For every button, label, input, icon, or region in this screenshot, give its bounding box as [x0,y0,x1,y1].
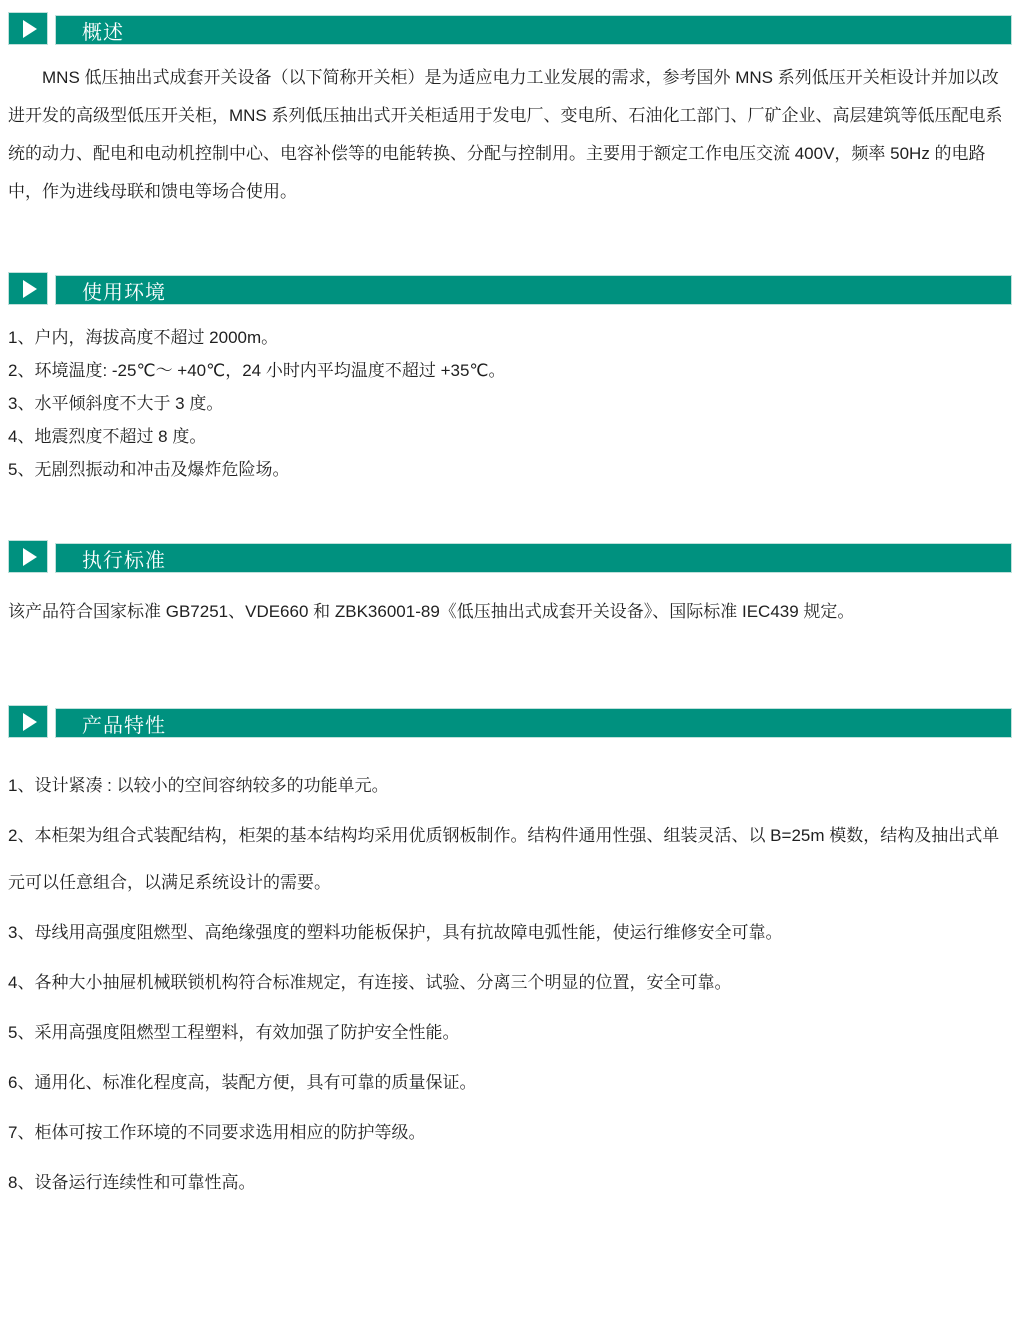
section-features: 产品特性 1、设计紧凑 : 以较小的空间容纳较多的功能单元。2、本柜架为组合式装… [8,705,1012,1206]
section-title: 产品特性 [55,708,1012,738]
list-item: 2、本柜架为组合式装配结构，柜架的基本结构均采用优质钢板制作。结构件通用性强、组… [8,812,1012,906]
section-body: 1、设计紧凑 : 以较小的空间容纳较多的功能单元。2、本柜架为组合式装配结构，柜… [8,762,1012,1206]
list-item: 2、环境温度: -25℃～ +40℃，24 小时内平均温度不超过 +35℃。 [8,354,1012,387]
list-item: 5、无剧烈振动和冲击及爆炸危险场。 [8,453,1012,486]
play-arrow-icon [8,705,48,738]
section-header: 概述 [8,12,1012,45]
section-title: 概述 [55,15,1012,45]
list-item: 1、设计紧凑 : 以较小的空间容纳较多的功能单元。 [8,762,1012,809]
play-arrow-icon [8,272,48,305]
list-item: 4、各种大小抽屉机械联锁机构符合标准规定，有连接、试验、分离三个明显的位置，安全… [8,959,1012,1006]
triangle-glyph [23,20,37,38]
triangle-glyph [23,280,37,298]
section-body: 1、户内，海拔高度不超过 2000m。2、环境温度: -25℃～ +40℃，24… [8,321,1012,486]
paragraph: 该产品符合国家标准 GB7251、VDE660 和 ZBK36001-89《低压… [8,595,1012,628]
section-title: 使用环境 [55,275,1012,305]
section-body: 该产品符合国家标准 GB7251、VDE660 和 ZBK36001-89《低压… [8,595,1012,628]
list-item: 3、水平倾斜度不大于 3 度。 [8,387,1012,420]
section-header: 使用环境 [8,272,1012,305]
list-item: 4、地震烈度不超过 8 度。 [8,420,1012,453]
list-item: 3、母线用高强度阻燃型、高绝缘强度的塑料功能板保护，具有抗故障电弧性能，使运行维… [8,909,1012,956]
play-arrow-icon [8,12,48,45]
list-item: 8、设备运行连续性和可靠性高。 [8,1159,1012,1206]
list-item: 6、通用化、标准化程度高，装配方便，具有可靠的质量保证。 [8,1059,1012,1106]
list-item: 7、柜体可按工作环境的不同要求选用相应的防护等级。 [8,1109,1012,1156]
section-title: 执行标准 [55,543,1012,573]
list-item: 1、户内，海拔高度不超过 2000m。 [8,321,1012,354]
play-arrow-icon [8,540,48,573]
paragraph: MNS 低压抽出式成套开关设备（以下简称开关柜）是为适应电力工业发展的需求，参考… [8,59,1012,211]
section-environment: 使用环境 1、户内，海拔高度不超过 2000m。2、环境温度: -25℃～ +4… [8,272,1012,486]
section-standards: 执行标准 该产品符合国家标准 GB7251、VDE660 和 ZBK36001-… [8,540,1012,628]
section-body: MNS 低压抽出式成套开关设备（以下简称开关柜）是为适应电力工业发展的需求，参考… [8,59,1012,211]
section-header: 执行标准 [8,540,1012,573]
triangle-glyph [23,713,37,731]
list-item: 5、采用高强度阻燃型工程塑料，有效加强了防护安全性能。 [8,1009,1012,1056]
section-overview: 概述 MNS 低压抽出式成套开关设备（以下简称开关柜）是为适应电力工业发展的需求… [8,12,1012,211]
section-header: 产品特性 [8,705,1012,738]
product-document-page: 概述 MNS 低压抽出式成套开关设备（以下简称开关柜）是为适应电力工业发展的需求… [0,12,1021,1249]
triangle-glyph [23,548,37,566]
